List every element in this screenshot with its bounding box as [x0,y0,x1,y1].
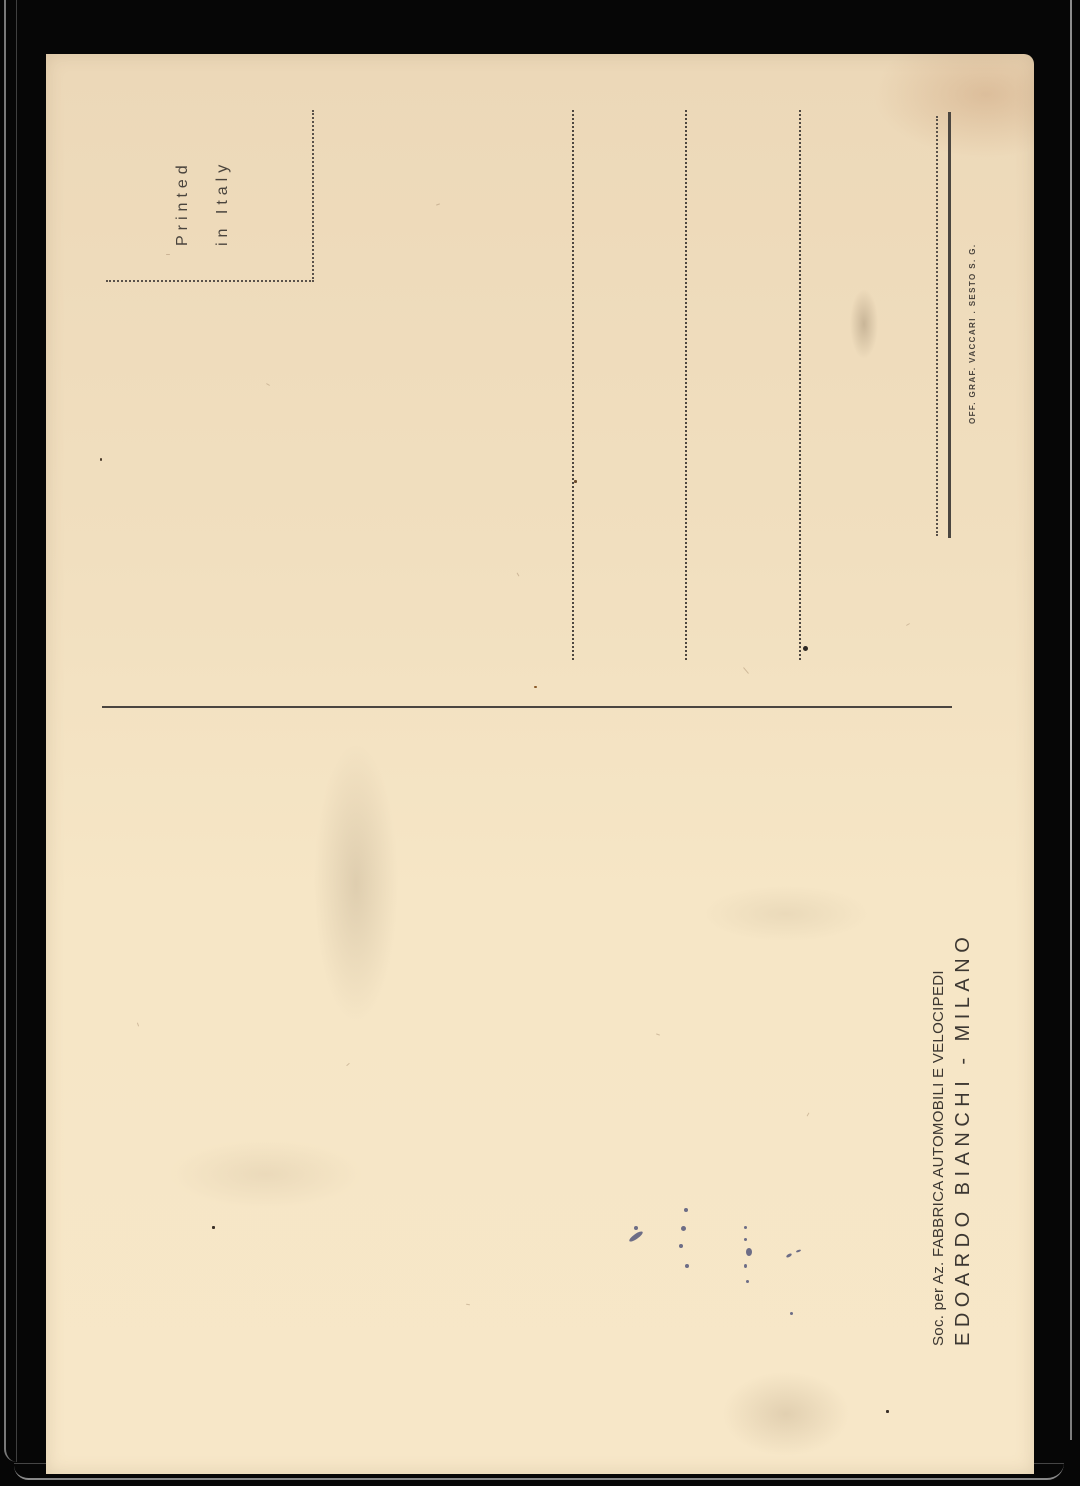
publisher-name-line: EDOARDO BIANCHI - MILANO [952,932,975,1346]
address-line-3 [799,110,801,660]
postcard-back: Printed in Italy OFF. GRAF. VACCARI . SE… [46,54,1034,1474]
horizontal-divider [102,706,952,708]
printed-label: Printed [174,160,192,246]
printer-dotted-rule [936,116,938,536]
address-line-1 [572,110,574,660]
ink-dot [803,646,808,651]
printed-in-italy: Printed in Italy [164,126,284,256]
printer-credit: OFF. GRAF. VACCARI . SESTO S. G. [968,243,977,424]
sleeve-right-edge [1070,0,1072,1440]
address-line-2 [685,110,687,660]
printer-solid-rule [948,112,951,538]
sleeve-left-edge [4,0,17,1462]
in-italy-label: in Italy [214,160,232,246]
publisher-company-line: Soc. per Az. FABBRICA AUTOMOBILI E VELOC… [930,970,947,1346]
